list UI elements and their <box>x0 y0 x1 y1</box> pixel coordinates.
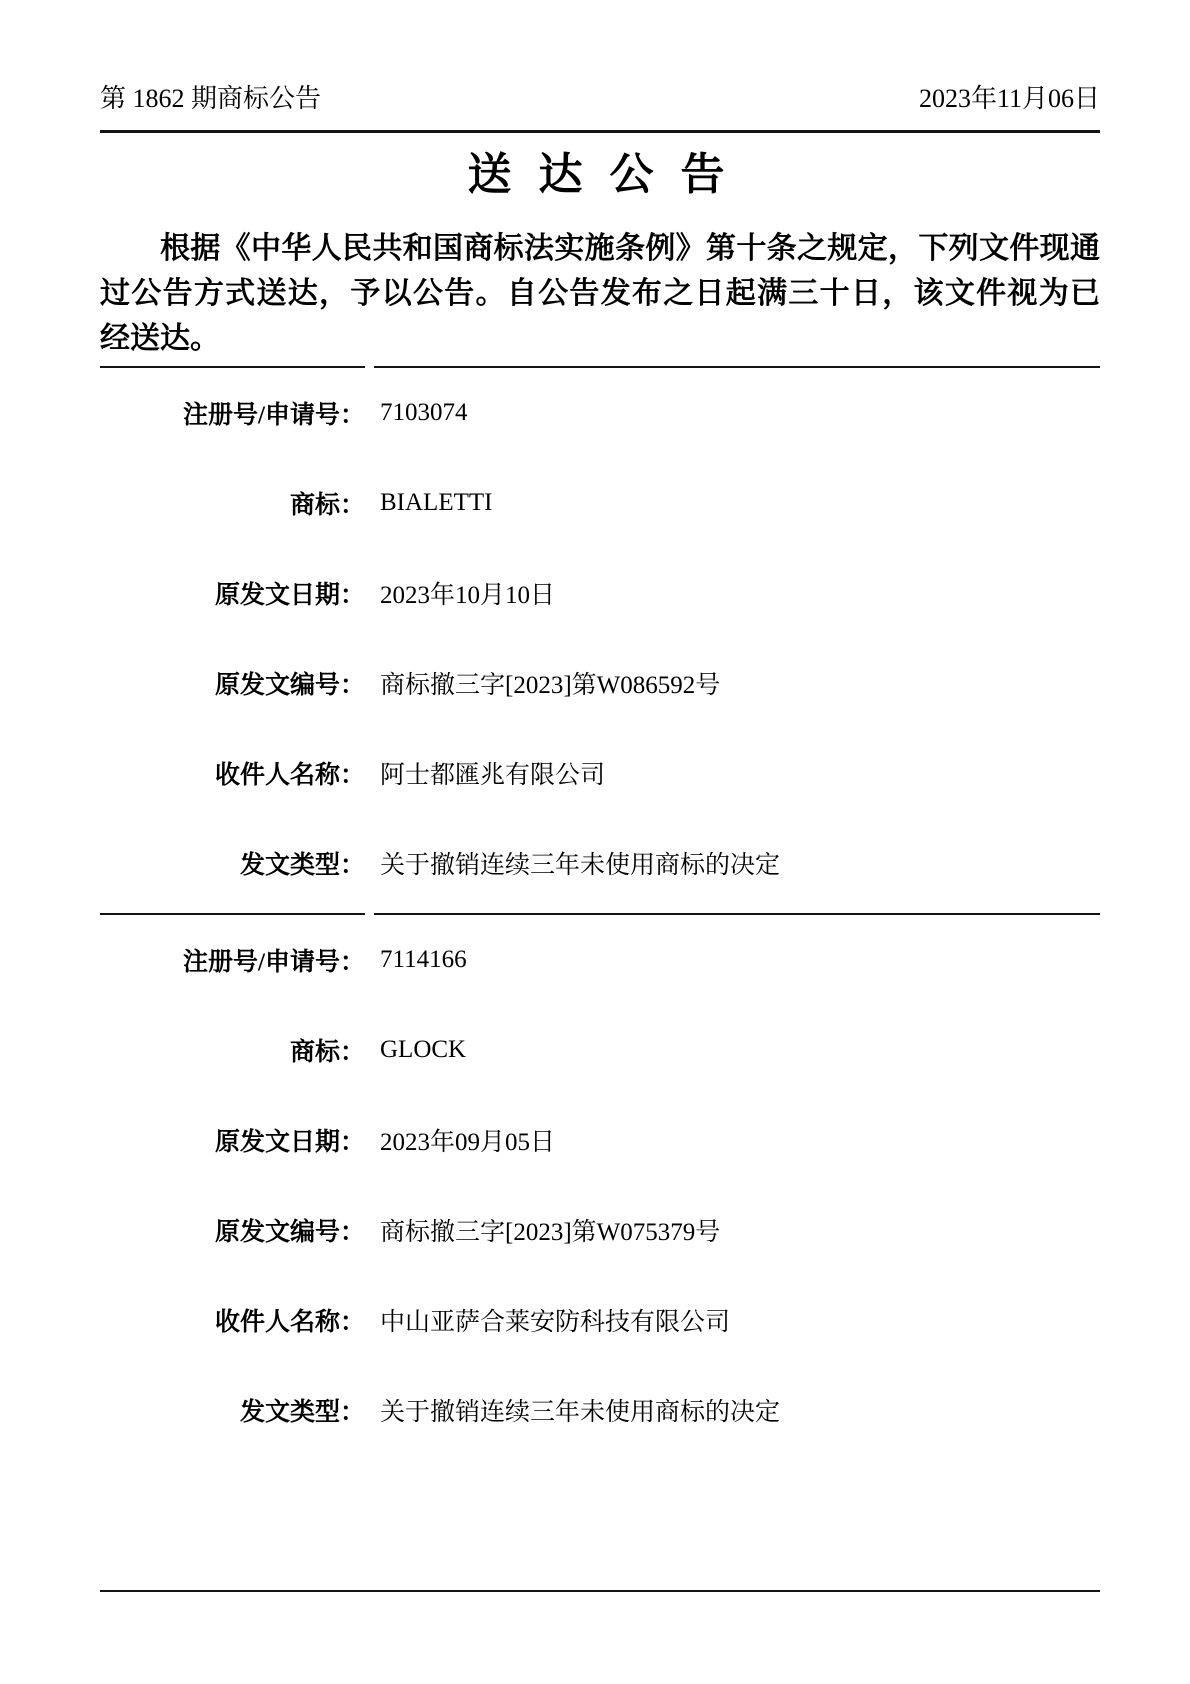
field-row: 商标： GLOCK <box>100 1005 1100 1095</box>
field-label: 发文类型： <box>100 1392 365 1428</box>
gazette-issue-label: 第 1862 期商标公告 <box>100 84 321 114</box>
field-value: 2023年10月10日 <box>380 575 1100 611</box>
field-value: 商标撤三字[2023]第W075379号 <box>380 1212 1100 1248</box>
page-header: 第 1862 期商标公告 2023年11月06日 <box>100 84 1100 114</box>
field-row: 发文类型： 关于撤销连续三年未使用商标的决定 <box>100 818 1100 908</box>
field-label: 发文类型： <box>100 845 365 881</box>
field-label: 收件人名称： <box>100 755 365 791</box>
field-label: 原发文编号： <box>100 665 365 701</box>
intro-paragraph: 根据《中华人民共和国商标法实施条例》第十条之规定，下列文件现通 过公告方式送达，… <box>100 226 1100 361</box>
header-rule <box>100 130 1100 133</box>
intro-line: 经送达。 <box>100 316 1100 361</box>
field-label: 注册号/申请号： <box>100 942 365 978</box>
table-bottom-rule <box>100 1590 1100 1592</box>
field-value: 2023年09月05日 <box>380 1122 1100 1158</box>
field-label: 收件人名称： <box>100 1302 365 1338</box>
field-label: 原发文日期： <box>100 1122 365 1158</box>
record-block: 注册号/申请号： 7103074 商标： BIALETTI 原发文日期： 202… <box>100 368 1100 908</box>
gazette-date: 2023年11月06日 <box>919 84 1100 114</box>
field-row: 原发文编号： 商标撤三字[2023]第W086592号 <box>100 638 1100 728</box>
intro-line: 过公告方式送达，予以公告。自公告发布之日起满三十日，该文件视为已 <box>100 271 1100 316</box>
page-title: 送 达 公 告 <box>100 146 1100 204</box>
field-label: 注册号/申请号： <box>100 395 365 431</box>
field-label: 商标： <box>100 485 365 521</box>
field-value: 关于撤销连续三年未使用商标的决定 <box>380 845 1100 881</box>
field-row: 收件人名称： 阿士都匯兆有限公司 <box>100 728 1100 818</box>
field-value: 中山亚萨合莱安防科技有限公司 <box>380 1302 1100 1338</box>
field-value: BIALETTI <box>380 489 1100 517</box>
field-row: 原发文日期： 2023年10月10日 <box>100 548 1100 638</box>
field-value: GLOCK <box>380 1036 1100 1064</box>
field-label: 商标： <box>100 1032 365 1068</box>
field-value: 7103074 <box>380 399 1100 427</box>
intro-line: 根据《中华人民共和国商标法实施条例》第十条之规定，下列文件现通 <box>100 226 1100 271</box>
record-divider <box>100 366 1100 368</box>
field-label: 原发文编号： <box>100 1212 365 1248</box>
field-row: 发文类型： 关于撤销连续三年未使用商标的决定 <box>100 1365 1100 1455</box>
record-divider <box>100 913 1100 915</box>
field-row: 收件人名称： 中山亚萨合莱安防科技有限公司 <box>100 1275 1100 1365</box>
field-row: 商标： BIALETTI <box>100 458 1100 548</box>
field-value: 关于撤销连续三年未使用商标的决定 <box>380 1392 1100 1428</box>
field-row: 原发文日期： 2023年09月05日 <box>100 1095 1100 1185</box>
announcement-page: 第 1862 期商标公告 2023年11月06日 送 达 公 告 根据《中华人民… <box>0 0 1190 1684</box>
field-value: 商标撤三字[2023]第W086592号 <box>380 665 1100 701</box>
field-row: 注册号/申请号： 7114166 <box>100 915 1100 1005</box>
field-row: 注册号/申请号： 7103074 <box>100 368 1100 458</box>
field-value: 7114166 <box>380 946 1100 974</box>
record-block: 注册号/申请号： 7114166 商标： GLOCK 原发文日期： 2023年0… <box>100 915 1100 1455</box>
field-label: 原发文日期： <box>100 575 365 611</box>
field-row: 原发文编号： 商标撤三字[2023]第W075379号 <box>100 1185 1100 1275</box>
field-value: 阿士都匯兆有限公司 <box>380 755 1100 791</box>
